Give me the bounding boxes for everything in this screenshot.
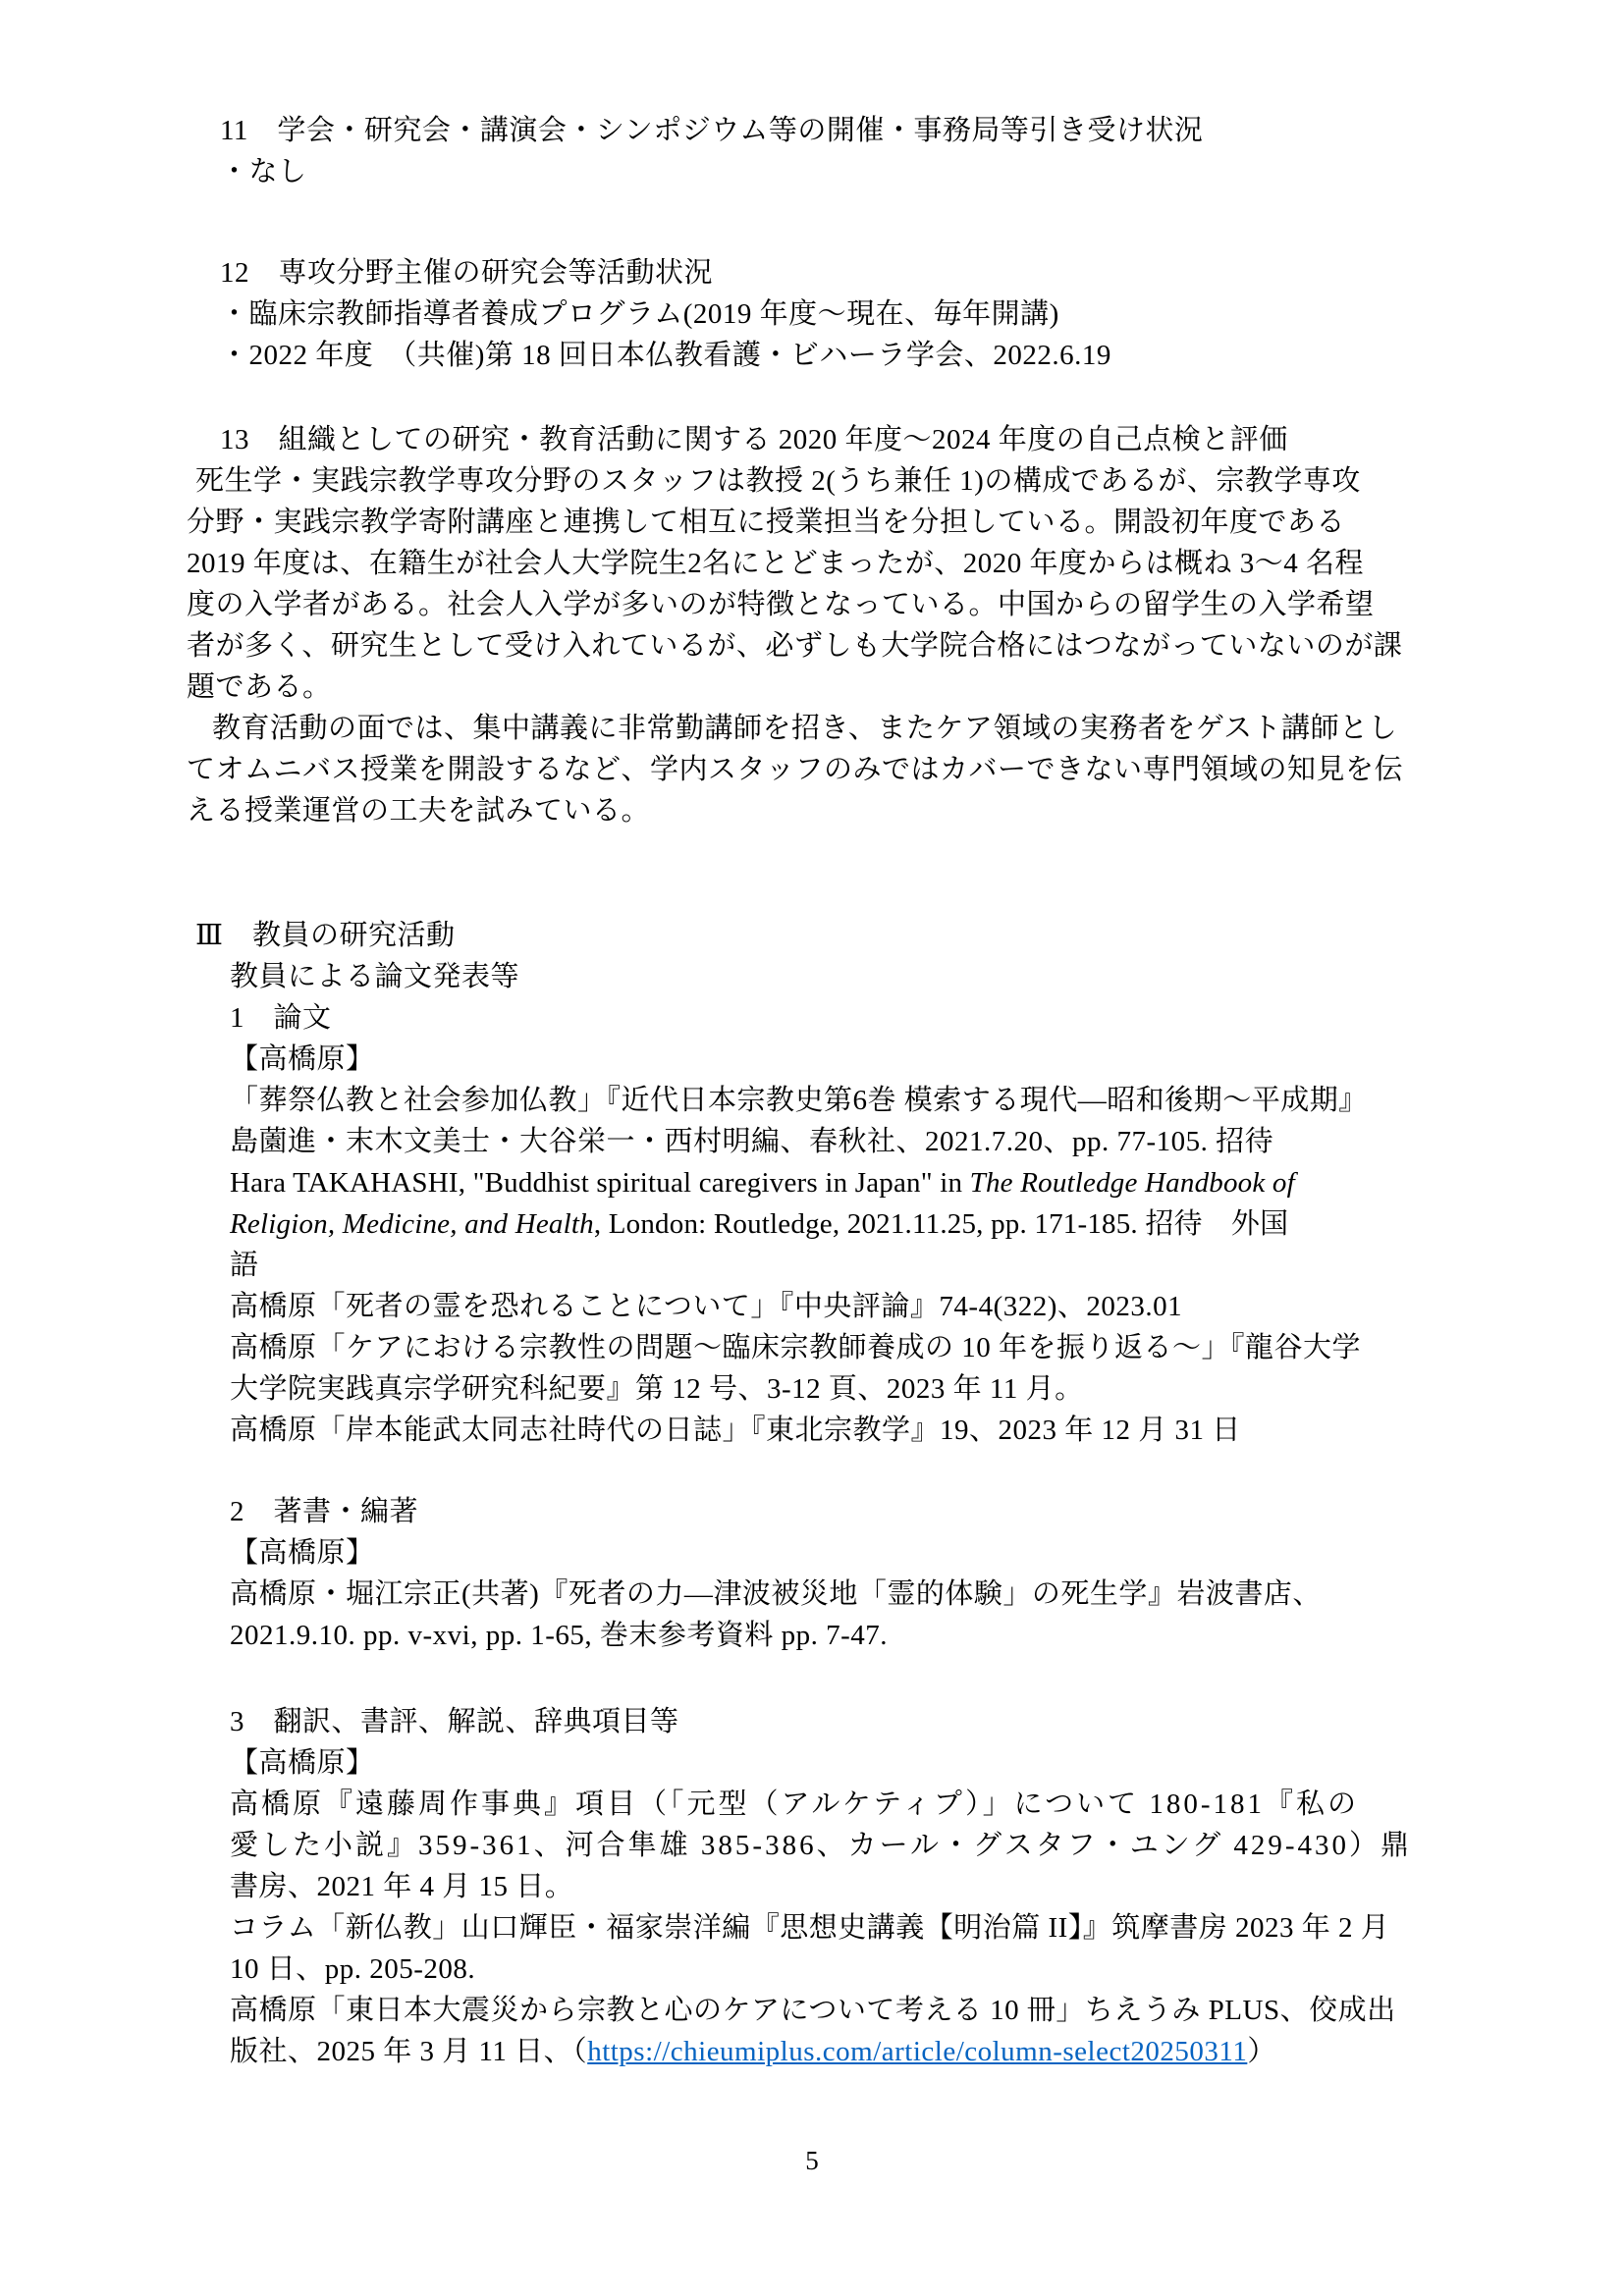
author-name: 【高橋原】 (187, 1742, 1487, 1784)
document-body: 11 学会・研究会・講演会・シンポジウム等の開催・事務局等引き受け状況・なし12… (187, 110, 1487, 2072)
text-segment: 高橋原「死者の霊を恐れることについて」『中央評論』74-4(322)、2023.… (230, 1291, 1182, 1322)
text-segment: Hara TAKAHASHI, "Buddhist spiritual care… (230, 1167, 970, 1199)
text-segment: 題である。 (187, 671, 332, 703)
text-segment: 13 組織としての研究・教育活動に関する 2020 年度～2024 年度の自己点… (220, 424, 1288, 455)
text-segment: 11 学会・研究会・講演会・シンポジウム等の開催・事務局等引き受け状況 (220, 115, 1203, 146)
vertical-space (187, 1656, 1487, 1701)
subsection-heading: 教員による論文発表等 (187, 956, 1487, 997)
citation-line: 「葬祭仏教と社会参加仏教」『近代日本宗教史第6巻 模索する現代―昭和後期～平成期… (187, 1080, 1487, 1121)
text-segment: 愛した小説』359-361、河合隼雄 385-386、カール・グスタフ・ユング … (230, 1830, 1412, 1861)
citation-line: 愛した小説』359-361、河合隼雄 385-386、カール・グスタフ・ユング … (187, 1825, 1487, 1866)
citation-line: 10 日、pp. 205-208. (187, 1949, 1487, 1990)
text-segment: 2 著書・編著 (230, 1496, 418, 1527)
citation-line: 高橋原・堀江宗正(共著)『死者の力―津波被災地「霊的体験」の死生学』岩波書店、 (187, 1574, 1487, 1615)
text-segment: 「葬祭仏教と社会参加仏教」『近代日本宗教史第6巻 模索する現代―昭和後期～平成期… (230, 1085, 1368, 1116)
paragraph-line: 題である。 (187, 667, 1487, 708)
text-segment: てオムニバス授業を開設するなど、学内スタッフのみではカバーできない専門領域の知見… (187, 754, 1403, 785)
text-segment: 【高橋原】 (230, 1043, 375, 1075)
text-segment: 者が多く、研究生として受け入れているが、必ずしも大学院合格にはつながっていないの… (187, 630, 1402, 662)
text-segment: ・なし (220, 156, 307, 187)
subsection-2-heading: 2 著書・編著 (187, 1491, 1487, 1532)
paragraph-line: 2019 年度は、在籍生が社会人大学院生2名にとどまったが、2020 年度からは… (187, 543, 1487, 584)
text-segment: 高橋原「東日本大震災から宗教と心のケアについて考える 10 冊」ちえうみ PLU… (230, 1995, 1396, 2026)
citation-line: 版社、2025 年 3 月 11 日、（https://chieumiplus.… (187, 2031, 1487, 2072)
citation-line: 語 (187, 1245, 1487, 1286)
paragraph-line: てオムニバス授業を開設するなど、学内スタッフのみではカバーできない専門領域の知見… (187, 749, 1487, 790)
citation-line: 高橋原「東日本大震災から宗教と心のケアについて考える 10 冊」ちえうみ PLU… (187, 1990, 1487, 2031)
text-segment: 【高橋原】 (230, 1537, 375, 1569)
paragraph-line: 教育活動の面では、集中講義に非常勤講師を招き、またケア領域の実務者をゲスト講師と… (187, 708, 1487, 749)
text-segment: 1 論文 (230, 1002, 332, 1034)
text-segment: 10 日、pp. 205-208. (230, 1953, 475, 1985)
text-segment: 島薗進・末木文美士・大谷栄一・西村明編、春秋社、2021.7.20、pp. 77… (230, 1126, 1273, 1157)
text-segment: 大学院実践真宗学研究科紀要』第 12 号、3-12 頁、2023 年 11 月。 (230, 1373, 1084, 1405)
text-segment: 3 翻訳、書評、解説、辞典項目等 (230, 1706, 679, 1737)
section-11-item-none: ・なし (187, 151, 1487, 192)
text-segment: 教員による論文発表等 (230, 961, 519, 992)
text-segment: ） (1247, 2036, 1276, 2067)
section-12-item-2: ・2022 年度 （共催)第 18 回日本仏教看護・ビハーラ学会、2022.6.… (187, 335, 1487, 376)
text-segment: 度の入学者がある。社会人入学が多いのが特徴となっている。中国からの留学生の入学希… (187, 589, 1375, 620)
citation-line: Religion, Medicine, and Health, London: … (187, 1203, 1487, 1245)
text-segment: The Routledge Handbook of (970, 1167, 1295, 1199)
text-segment: , London: Routledge, 2021.11.25, pp. 171… (594, 1208, 1289, 1240)
text-segment: 教育活動の面では、集中講義に非常勤講師を招き、またケア領域の実務者をゲスト講師と… (212, 713, 1397, 744)
vertical-space (187, 1451, 1487, 1491)
document-page: 11 学会・研究会・講演会・シンポジウム等の開催・事務局等引き受け状況・なし12… (0, 0, 1624, 2296)
vertical-space (187, 831, 1487, 915)
paragraph-line: 死生学・実践宗教学専攻分野のスタッフは教授 2(うち兼任 1)の構成であるが、宗… (187, 460, 1487, 502)
text-segment: 語 (230, 1250, 259, 1281)
text-segment: 2019 年度は、在籍生が社会人大学院生2名にとどまったが、2020 年度からは… (187, 548, 1364, 579)
paragraph-line: 者が多く、研究生として受け入れているが、必ずしも大学院合格にはつながっていないの… (187, 625, 1487, 667)
author-name: 【高橋原】 (187, 1039, 1487, 1080)
text-segment: 高橋原「岸本能武太同志社時代の日誌」『東北宗教学』19、2023 年 12 月 … (230, 1415, 1241, 1446)
citation-line: 高橋原「岸本能武太同志社時代の日誌」『東北宗教学』19、2023 年 12 月 … (187, 1410, 1487, 1451)
section-12-item-1: ・臨床宗教師指導者養成プログラム(2019 年度～現在、毎年開講) (187, 294, 1487, 335)
text-segment: 【高橋原】 (230, 1747, 375, 1779)
author-name: 【高橋原】 (187, 1532, 1487, 1574)
paragraph-line: 度の入学者がある。社会人入学が多いのが特徴となっている。中国からの留学生の入学希… (187, 584, 1487, 625)
external-link[interactable]: https://chieumiplus.com/article/column-s… (587, 2036, 1247, 2067)
citation-line: 高橋原『遠藤周作事典』項目（「元型（アルケティプ）」について 180-181『私… (187, 1784, 1487, 1825)
text-segment: 死生学・実践宗教学専攻分野のスタッフは教授 2(うち兼任 1)の構成であるが、宗… (195, 465, 1361, 497)
text-segment: 高橋原・堀江宗正(共著)『死者の力―津波被災地「霊的体験」の死生学』岩波書店、 (230, 1578, 1322, 1610)
text-segment: 2021.9.10. pp. v-xvi, pp. 1-65, 巻末参考資料 p… (230, 1620, 888, 1651)
citation-line: 高橋原「死者の霊を恐れることについて」『中央評論』74-4(322)、2023.… (187, 1286, 1487, 1327)
section-13-heading: 13 組織としての研究・教育活動に関する 2020 年度～2024 年度の自己点… (187, 419, 1487, 460)
text-segment: える授業運営の工夫を試みている。 (187, 795, 650, 827)
text-segment: Religion, Medicine, and Health (230, 1208, 594, 1240)
citation-line: 書房、2021 年 4 月 15 日。 (187, 1866, 1487, 1907)
text-segment: コラム「新仏教」山口輝臣・福家崇洋編『思想史講義【明治篇 II】』筑摩書房 20… (230, 1912, 1389, 1944)
section-3-heading: Ⅲ 教員の研究活動 (187, 915, 1487, 956)
text-segment: 高橋原「ケアにおける宗教性の問題～臨床宗教師養成の 10 年を振り返る～」『龍谷… (230, 1332, 1361, 1363)
text-segment: 分野・実践宗教学寄附講座と連携して相互に授業担当を分担している。開設初年度である (187, 507, 1345, 538)
text-segment: ・2022 年度 （共催)第 18 回日本仏教看護・ビハーラ学会、2022.6.… (220, 340, 1111, 371)
paragraph-line: 分野・実践宗教学寄附講座と連携して相互に授業担当を分担している。開設初年度である (187, 502, 1487, 543)
citation-line: 大学院実践真宗学研究科紀要』第 12 号、3-12 頁、2023 年 11 月。 (187, 1368, 1487, 1410)
text-segment: 高橋原『遠藤周作事典』項目（「元型（アルケティプ）」について 180-181『私… (230, 1789, 1359, 1820)
citation-line: コラム「新仏教」山口輝臣・福家崇洋編『思想史講義【明治篇 II】』筑摩書房 20… (187, 1907, 1487, 1949)
text-segment: ・臨床宗教師指導者養成プログラム(2019 年度～現在、毎年開講) (220, 298, 1059, 330)
citation-line: 2021.9.10. pp. v-xvi, pp. 1-65, 巻末参考資料 p… (187, 1615, 1487, 1656)
subsection-1-heading: 1 論文 (187, 997, 1487, 1039)
paragraph-line: える授業運営の工夫を試みている。 (187, 790, 1487, 831)
citation-line: 島薗進・末木文美士・大谷栄一・西村明編、春秋社、2021.7.20、pp. 77… (187, 1121, 1487, 1162)
text-segment: Ⅲ 教員の研究活動 (195, 920, 455, 951)
citation-line: 高橋原「ケアにおける宗教性の問題～臨床宗教師養成の 10 年を振り返る～」『龍谷… (187, 1327, 1487, 1368)
text-segment: 12 専攻分野主催の研究会等活動状況 (220, 257, 713, 289)
text-segment: 書房、2021 年 4 月 15 日。 (230, 1871, 573, 1902)
text-segment: 版社、2025 年 3 月 11 日、（ (230, 2036, 587, 2067)
section-11-heading: 11 学会・研究会・講演会・シンポジウム等の開催・事務局等引き受け状況 (187, 110, 1487, 151)
page-number: 5 (0, 2145, 1624, 2176)
section-12-heading: 12 専攻分野主催の研究会等活動状況 (187, 252, 1487, 294)
subsection-3-heading: 3 翻訳、書評、解説、辞典項目等 (187, 1701, 1487, 1742)
vertical-space (187, 192, 1487, 252)
vertical-space (187, 376, 1487, 419)
citation-line: Hara TAKAHASHI, "Buddhist spiritual care… (187, 1162, 1487, 1203)
